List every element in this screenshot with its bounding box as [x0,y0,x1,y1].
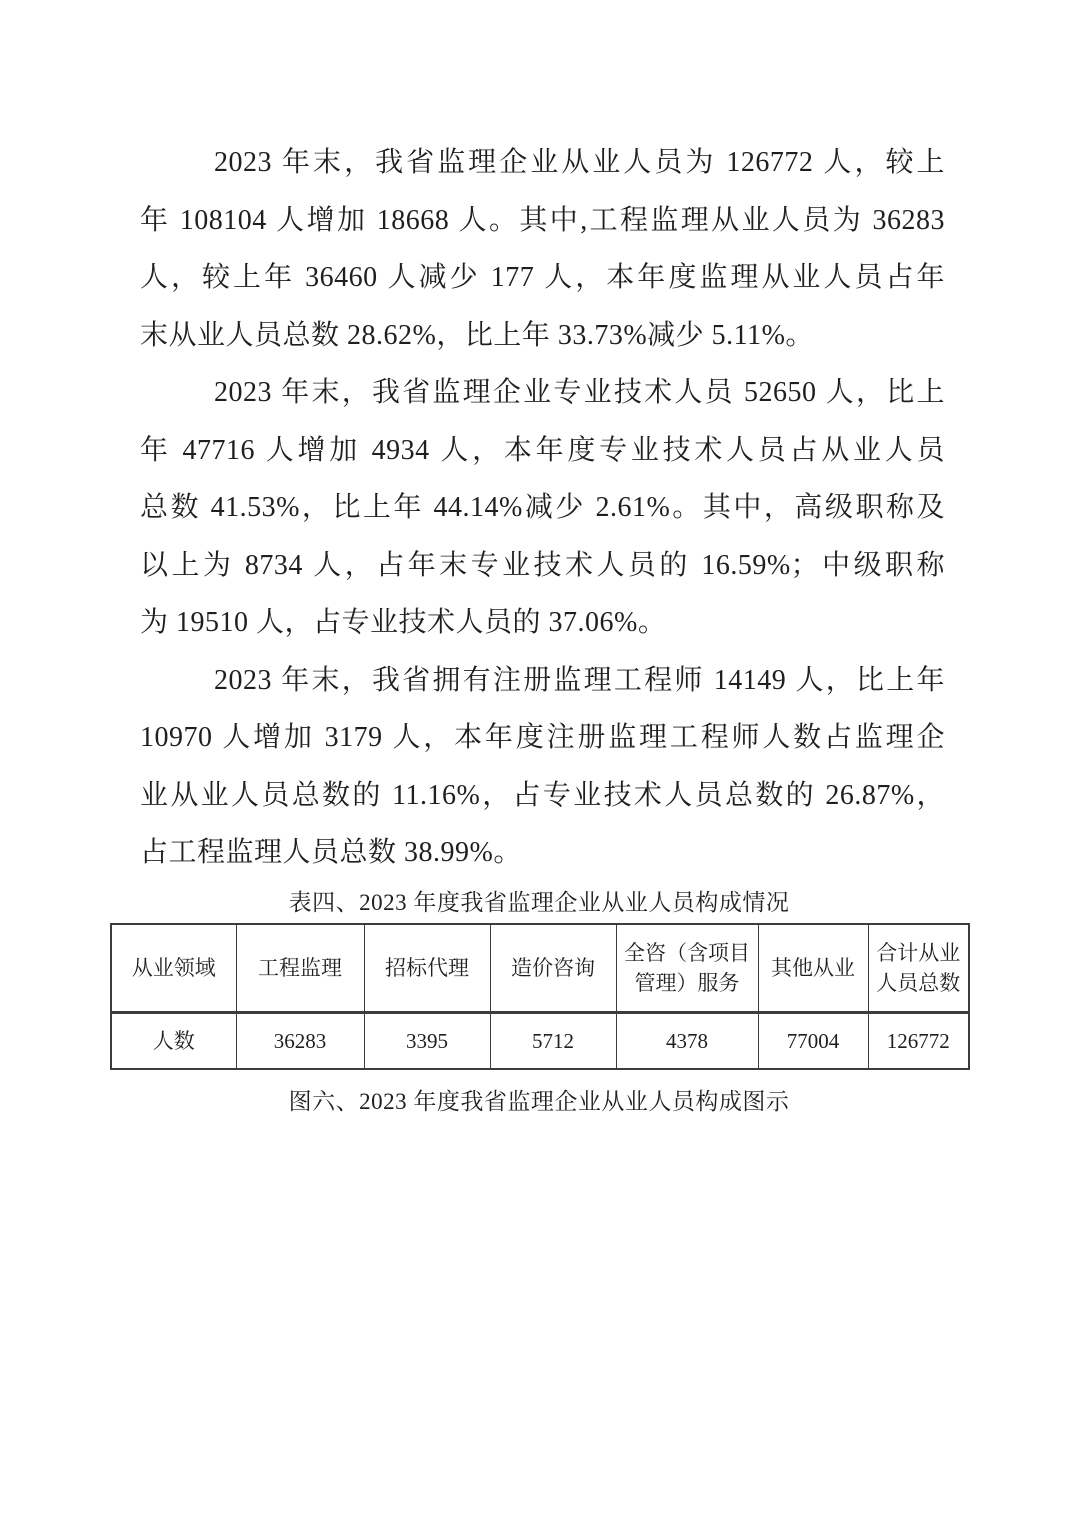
text-line: 以上为 8734 人，占年末专业技术人员的 16.59%；中级职称 [140,537,945,595]
employee-composition-table: 从业领域工程监理招标代理造价咨询全咨（含项目管理）服务其他从业合计从业人员总数 … [110,923,970,1070]
text-line: 末从业人员总数 28.62%，比上年 33.73%减少 5.11%。 [140,307,945,365]
text-line: 总数 41.53%，比上年 44.14%减少 2.61%。其中，高级职称及 [140,479,945,537]
table-header-cell: 合计从业人员总数 [868,924,969,1013]
table-cell: 77004 [758,1012,868,1069]
table-cell: 3395 [364,1012,490,1069]
text-line: 年 108104 人增加 18668 人。其中,工程监理从业人员为 36283 [140,192,945,250]
text-line: 2023 年末，我省监理企业专业技术人员 52650 人，比上 [140,364,945,422]
document-page: 2023 年末，我省监理企业从业人员为 126772 人，较上年 108104 … [0,0,1080,1527]
table-header-cell: 全咨（含项目管理）服务 [616,924,758,1013]
table-header-cell: 其他从业 [758,924,868,1013]
text-line: 为 19510 人，占专业技术人员的 37.06%。 [140,594,945,652]
text-line: 2023 年末，我省监理企业从业人员为 126772 人，较上 [140,134,945,192]
text-line: 年 47716 人增加 4934 人，本年度专业技术人员占从业人员 [140,422,945,480]
body-text: 2023 年末，我省监理企业从业人员为 126772 人，较上年 108104 … [0,0,1080,882]
text-line: 10970 人增加 3179 人，本年度注册监理工程师人数占监理企 [140,709,945,767]
text-line: 业从业人员总数的 11.16%，占专业技术人员总数的 26.87%， [140,767,945,825]
text-line: 2023 年末，我省拥有注册监理工程师 14149 人，比上年 [140,652,945,710]
table-cell: 36283 [236,1012,364,1069]
body-paragraph: 2023 年末，我省监理企业专业技术人员 52650 人，比上年 47716 人… [140,364,945,652]
table-header-cell: 从业领域 [111,924,236,1013]
table-header-cell: 造价咨询 [490,924,616,1013]
table-body: 人数3628333955712437877004126772 [111,1012,969,1069]
table-cell: 人数 [111,1012,236,1069]
text-line: 人，较上年 36460 人减少 177 人，本年度监理从业人员占年 [140,249,945,307]
table-header-cell: 工程监理 [236,924,364,1013]
text-line: 占工程监理人员总数 38.99%。 [140,824,945,882]
figure-caption: 图六、2023 年度我省监理企业从业人员构成图示 [110,1082,968,1122]
table-cell: 4378 [616,1012,758,1069]
table-cell: 126772 [868,1012,969,1069]
table-cell: 5712 [490,1012,616,1069]
table-caption: 表四、2023 年度我省监理企业从业人员构成情况 [110,883,968,923]
table-header-cell: 招标代理 [364,924,490,1013]
table-header-row: 从业领域工程监理招标代理造价咨询全咨（含项目管理）服务其他从业合计从业人员总数 [111,924,969,1013]
body-paragraph: 2023 年末，我省监理企业从业人员为 126772 人，较上年 108104 … [140,134,945,364]
body-paragraph: 2023 年末，我省拥有注册监理工程师 14149 人，比上年10970 人增加… [140,652,945,882]
table-row: 人数3628333955712437877004126772 [111,1012,969,1069]
